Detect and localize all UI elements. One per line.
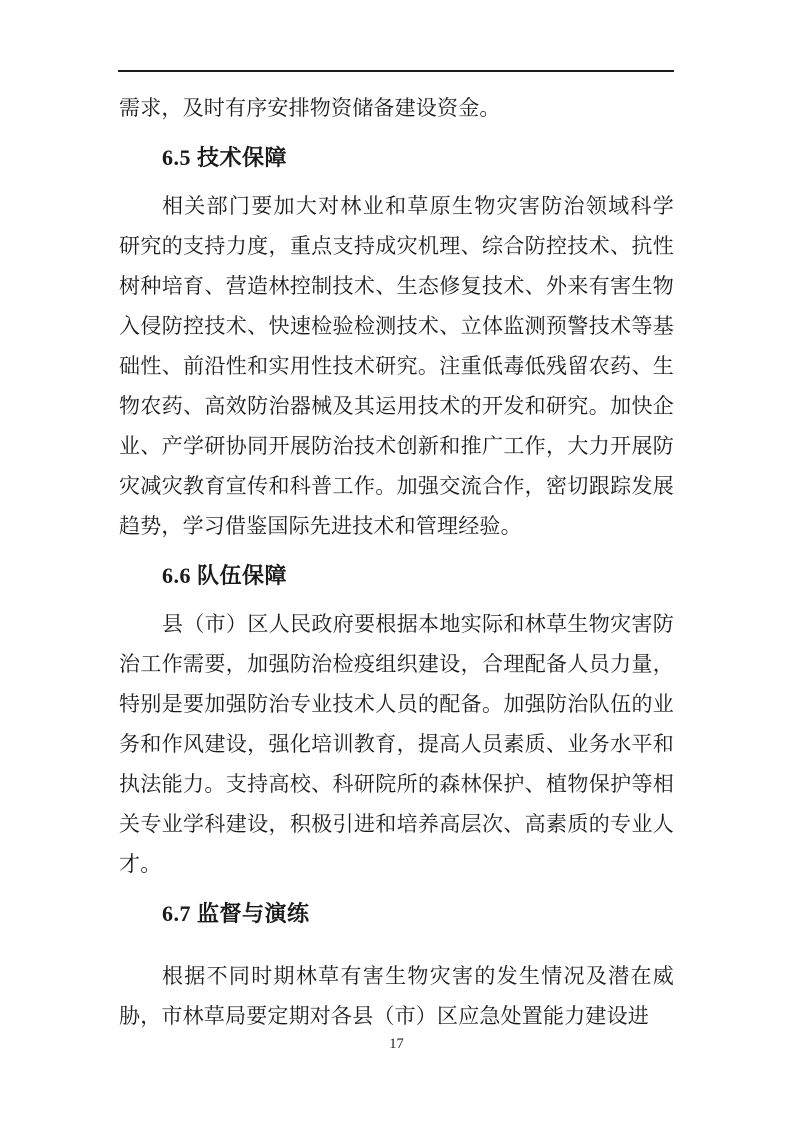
section-6-6-paragraph: 县（市）区人民政府要根据本地实际和林草生物灾害防治工作需要，加强防治检疫组织建设… (119, 604, 674, 884)
text-line: 根据不同时期林草有害生物灾害的发生情况及潜在威 (119, 956, 674, 996)
section-heading-6-5: 6.5 技术保障 (119, 138, 674, 178)
section-6-5-paragraph: 相关部门要加大对林业和草原生物灾害防治领域科学研究的支持力度，重点支持成灾机理、… (119, 186, 674, 546)
page-number: 17 (0, 1033, 793, 1055)
text-line: 研究的支持力度，重点支持成灾机理、综合防控技术、抗性 (119, 226, 674, 266)
text-line: 需求，及时有序安排物资储备建设资金。 (119, 88, 674, 128)
text-line: 务和作风建设，强化培训教育，提高人员素质、业务水平和 (119, 724, 674, 764)
text-line: 树种培育、营造林控制技术、生态修复技术、外来有害生物 (119, 266, 674, 306)
text-line: 胁，市林草局要定期对各县（市）区应急处置能力建设进 (119, 996, 674, 1036)
text-line: 入侵防控技术、快速检验检测技术、立体监测预警技术等基 (119, 306, 674, 346)
section-heading-6-7: 6.7 监督与演练 (119, 894, 674, 934)
section-6-7-paragraph: 根据不同时期林草有害生物灾害的发生情况及潜在威胁，市林草局要定期对各县（市）区应… (119, 956, 674, 1036)
text-line: 趋势，学习借鉴国际先进技术和管理经验。 (119, 506, 674, 546)
section-heading-6-6: 6.6 队伍保障 (119, 556, 674, 596)
text-line: 县（市）区人民政府要根据本地实际和林草生物灾害防 (119, 604, 674, 644)
text-line: 相关部门要加大对林业和草原生物灾害防治领域科学 (119, 186, 674, 226)
text-line: 关专业学科建设，积极引进和培养高层次、高素质的专业人 (119, 804, 674, 844)
text-line: 治工作需要，加强防治检疫组织建设，合理配备人员力量， (119, 644, 674, 684)
text-line: 灾减灾教育宣传和科普工作。加强交流合作，密切跟踪发展 (119, 466, 674, 506)
text-line: 物农药、高效防治器械及其运用技术的开发和研究。加快企 (119, 386, 674, 426)
text-line: 特别是要加强防治专业技术人员的配备。加强防治队伍的业 (119, 684, 674, 724)
text-line: 业、产学研协同开展防治技术创新和推广工作，大力开展防 (119, 426, 674, 466)
page-content: 需求，及时有序安排物资储备建设资金。 6.5 技术保障 相关部门要加大对林业和草… (119, 88, 674, 1036)
paragraph-continuation: 需求，及时有序安排物资储备建设资金。 (119, 88, 674, 128)
text-line: 执法能力。支持高校、科研院所的森林保护、植物保护等相 (119, 764, 674, 804)
header-divider-rule (118, 70, 674, 72)
document-page: 需求，及时有序安排物资储备建设资金。 6.5 技术保障 相关部门要加大对林业和草… (0, 0, 793, 1122)
text-line: 础性、前沿性和实用性技术研究。注重低毒低残留农药、生 (119, 346, 674, 386)
text-line: 才。 (119, 844, 674, 884)
